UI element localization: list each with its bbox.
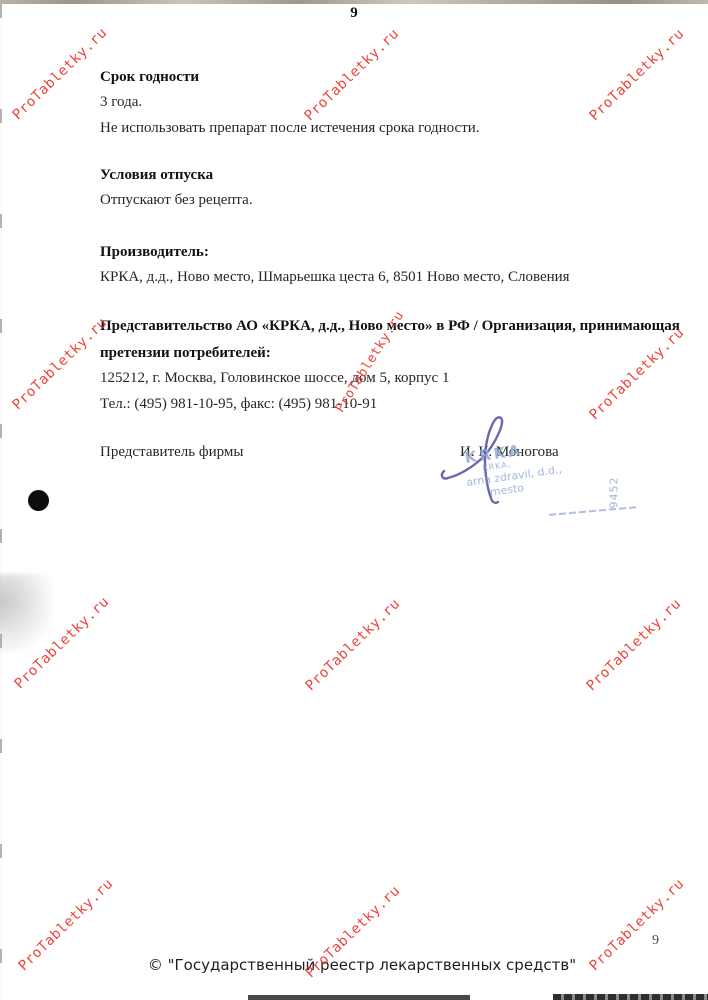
company-stamp: KRKA KRKA, arna zdravil, d.d., mesto [458,438,564,502]
scan-bottom-bar-artifact [248,995,470,1000]
watermark-text: ProTabletky.ru [9,25,110,123]
dispensing-heading: Условия отпуска [100,165,213,185]
representative-address: 125212, г. Москва, Головинское шоссе, до… [100,368,449,388]
watermark-text: ProTabletky.ru [301,26,402,124]
scan-left-edge-artifact [0,4,2,1000]
dispensing-value: Отпускают без рецепта. [100,190,253,210]
shelf-life-note: Не использовать препарат после истечения… [100,118,480,138]
scan-top-edge-artifact [0,0,708,4]
watermark-text: ProTabletky.ru [302,596,403,694]
representative-heading-line2: претензии потребителей: [100,343,271,363]
shelf-life-heading: Срок годности [100,67,199,87]
footer-copyright: © "Государственный реестр лекарственных … [0,956,708,974]
stamp-number: 9452 [608,477,621,509]
manufacturer-heading: Производитель: [100,242,209,262]
scan-smudge-artifact [0,574,52,652]
representative-heading-line1: Представительство АО «КРКА, д.д., Ново м… [100,316,680,336]
document-page: 9 9 © "Государственный реестр лекарствен… [0,0,708,1000]
stamp-underline [549,506,637,516]
watermark-text: ProTabletky.ru [586,325,687,423]
scan-bottom-dashed-artifact [553,994,708,1000]
hole-punch-dot [28,490,49,511]
signer-role: Представитель фирмы [100,442,243,462]
shelf-life-value: 3 года. [100,92,142,112]
manufacturer-value: КРКА, д.д., Ново место, Шмарьешка цеста … [100,267,570,287]
watermark-text: ProTabletky.ru [583,596,684,694]
representative-phone: Тел.: (495) 981-10-95, факс: (495) 981-1… [100,394,377,414]
page-number-top: 9 [0,5,708,22]
watermark-text: ProTabletky.ru [9,315,110,413]
page-number-bottom: 9 [652,933,659,949]
watermark-text: ProTabletky.ru [586,26,687,124]
